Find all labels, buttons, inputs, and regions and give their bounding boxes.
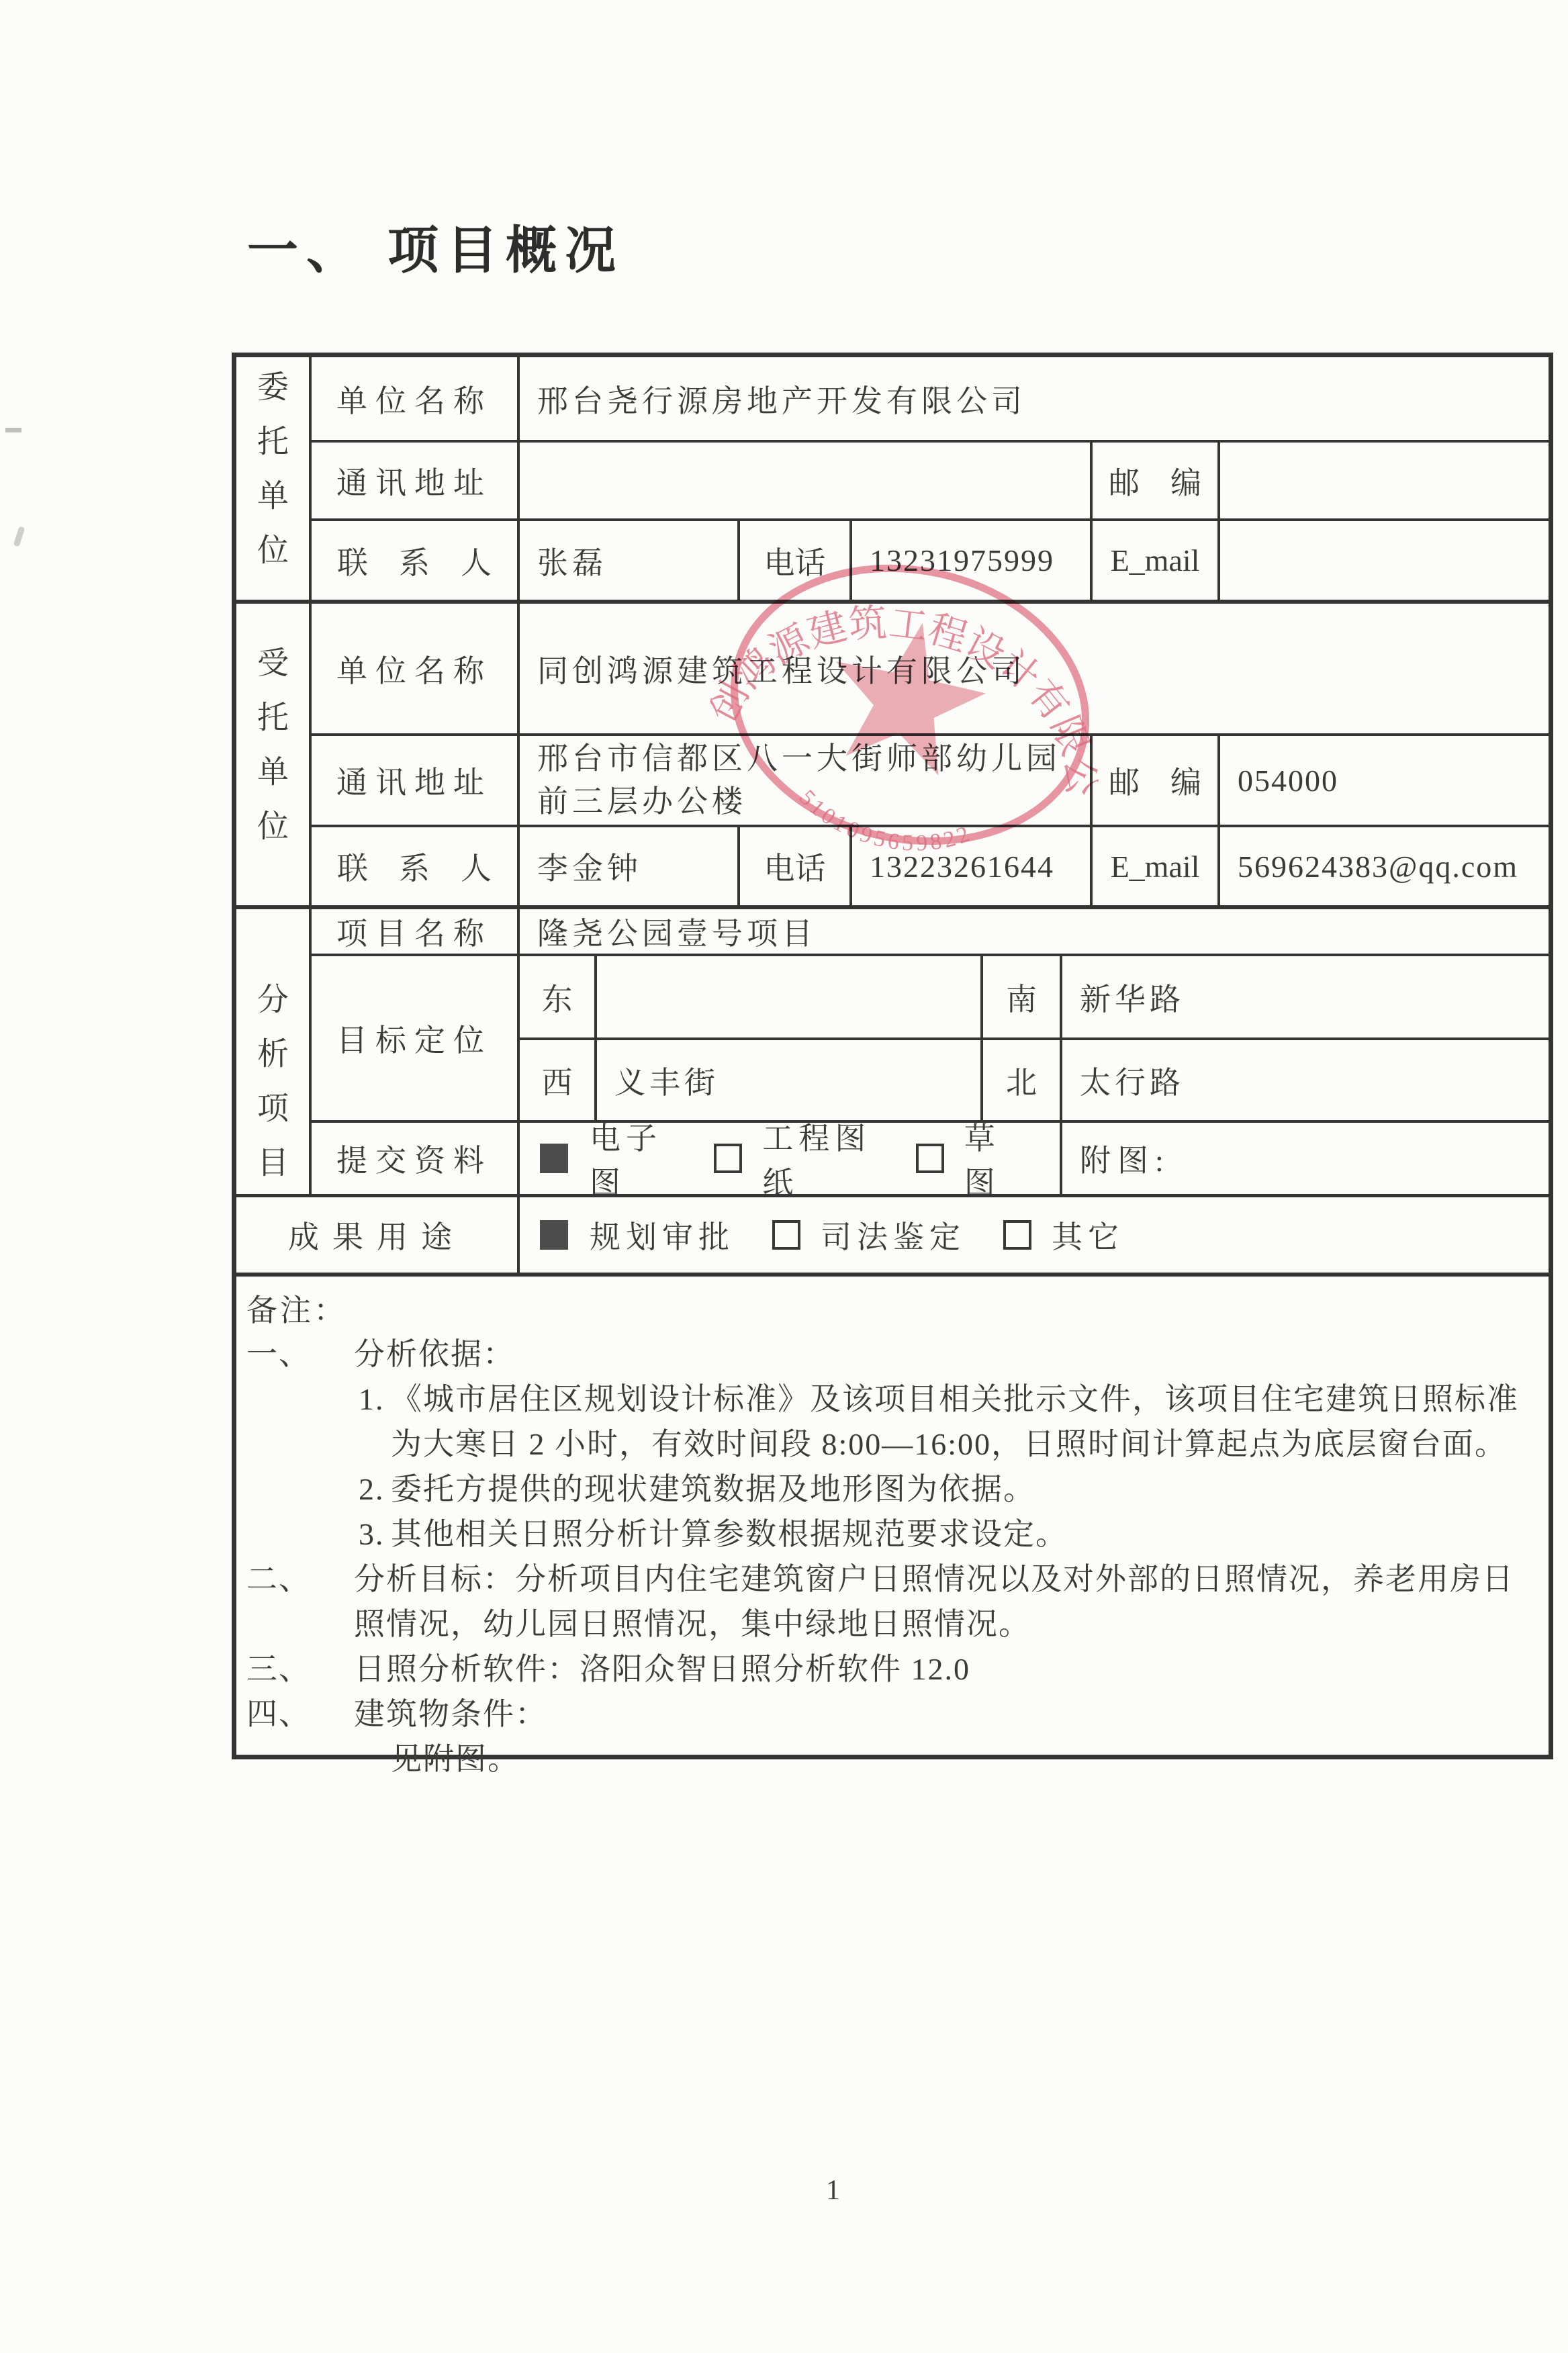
- field-label-submit: 提交资料: [312, 1123, 517, 1194]
- remark-number: 1.: [359, 1377, 391, 1467]
- remarks-header: 备注：: [246, 1290, 1541, 1332]
- analysis-project-name: 隆尧公园壹号项目: [520, 909, 1549, 954]
- checkbox-checked-icon: [540, 1144, 568, 1173]
- direction-label-south: 南: [983, 956, 1060, 1037]
- submit-option-label: 工程图纸: [762, 1114, 878, 1203]
- table-grid-line: [232, 353, 1553, 357]
- direction-label-west: 西: [520, 1040, 594, 1120]
- analysis-west-value: 义丰街: [597, 1040, 980, 1120]
- client-postcode: [1220, 443, 1549, 518]
- section-label-client: 委托单位: [232, 357, 309, 600]
- remark-text: 其他相关日照分析计算参数根据规范要求设定。: [391, 1512, 1541, 1557]
- field-label-unit-name: 单位名称: [312, 357, 517, 440]
- client-phone: 13231975999: [852, 521, 1090, 600]
- field-label-phone: 电话: [740, 827, 849, 905]
- attachment-label: 附图:: [1062, 1123, 1549, 1194]
- checkbox-empty-icon: [916, 1144, 944, 1173]
- remark-item: 三、 日照分析软件：洛阳众智日照分析软件 12.0: [246, 1647, 1541, 1692]
- client-address: [520, 443, 1090, 518]
- remark-item: 3. 其他相关日照分析计算参数根据规范要求设定。: [359, 1512, 1541, 1557]
- checkbox-checked-icon: [540, 1220, 568, 1250]
- field-label-project-name: 项目名称: [312, 909, 517, 954]
- analysis-east-value: [597, 956, 980, 1037]
- field-label-contact: 联 系 人: [312, 521, 517, 600]
- consultant-contact-name: 李金钟: [520, 827, 737, 905]
- usage-option-label: 规划审批: [590, 1213, 735, 1257]
- field-label-email: E_mail: [1093, 827, 1217, 905]
- remark-item: 二、 分析目标：分析项目内住宅建筑窗户日照情况以及对外部的日照情况，养老用房日照…: [246, 1557, 1541, 1647]
- remark-item: 1. 《城市居住区规划设计标准》及该项目相关批示文件，该项目住宅建筑日照标准为大…: [359, 1377, 1541, 1467]
- consultant-postcode: 054000: [1220, 736, 1549, 825]
- checkbox-empty-icon: [1003, 1220, 1031, 1250]
- remarks-cell: 备注： 一、 分析依据： 1. 《城市居住区规划设计标准》及该项目相关批示文件，…: [232, 1273, 1553, 1759]
- remark-text: 分析目标：分析项目内住宅建筑窗户日照情况以及对外部的日照情况，养老用房日照情况，…: [354, 1557, 1541, 1647]
- remark-item: 四、 建筑物条件：: [246, 1692, 1541, 1737]
- field-label-usage: 成果用途: [236, 1197, 517, 1273]
- remark-text: 委托方提供的现状建筑数据及地形图为依据。: [391, 1467, 1541, 1512]
- remark-item: 2. 委托方提供的现状建筑数据及地形图为依据。: [359, 1467, 1541, 1512]
- usage-option-label: 司法鉴定: [821, 1213, 966, 1257]
- remark-number: 二、: [246, 1557, 354, 1647]
- submit-option-label: 草图: [964, 1114, 1022, 1203]
- remark-text: 见附图。: [391, 1737, 1541, 1782]
- submit-options: 电子图 工程图纸 草图: [540, 1123, 1060, 1194]
- analysis-south-value: 新华路: [1062, 956, 1549, 1037]
- field-label-postcode: 邮 编: [1093, 736, 1217, 825]
- analysis-north-value: 太行路: [1062, 1040, 1549, 1120]
- remark-text: 《城市居住区规划设计标准》及该项目相关批示文件，该项目住宅建筑日照标准为大寒日 …: [391, 1377, 1541, 1467]
- page-title: 一、 项目概况: [247, 210, 624, 283]
- remark-number: 3.: [359, 1512, 391, 1557]
- direction-label-east: 东: [520, 956, 594, 1037]
- consultant-phone: 13223261644: [852, 827, 1090, 905]
- checkbox-empty-icon: [714, 1144, 742, 1173]
- remark-text: 日照分析软件：洛阳众智日照分析软件 12.0: [354, 1647, 1541, 1692]
- remark-text: 分析依据：: [354, 1332, 1541, 1377]
- remark-number: 一、: [246, 1332, 354, 1377]
- remark-number: 2.: [359, 1467, 391, 1512]
- field-label-positioning: 目标定位: [312, 956, 517, 1120]
- remark-text: 建筑物条件：: [354, 1692, 1541, 1737]
- remark-number: 三、: [246, 1647, 354, 1692]
- field-label-unit-name: 单位名称: [312, 604, 517, 733]
- project-overview-table: 委托单位 受托单位 分析项目 单位名称 邢台尧行源房地产开发有限公司 通讯地址 …: [232, 353, 1553, 1759]
- field-label-postcode: 邮 编: [1093, 443, 1217, 518]
- client-contact-name: 张磊: [520, 521, 737, 600]
- field-label-email: E_mail: [1093, 521, 1217, 600]
- remark-item: 一、 分析依据：: [246, 1332, 1541, 1377]
- remark-item: 见附图。: [391, 1737, 1541, 1782]
- client-unit-name: 邢台尧行源房地产开发有限公司: [520, 357, 1549, 440]
- direction-label-north: 北: [983, 1040, 1060, 1120]
- consultant-unit-name: 同创鸿源建筑工程设计有限公司: [520, 604, 1549, 733]
- field-label-address: 通讯地址: [312, 736, 517, 825]
- client-email: [1220, 521, 1549, 600]
- usage-options: 规划审批 司法鉴定 其它: [540, 1197, 1549, 1273]
- scan-artifact: [5, 428, 21, 432]
- scan-artifact: [13, 526, 26, 547]
- consultant-email: 569624383@qq.com: [1220, 827, 1549, 905]
- section-label-consultant: 受托单位: [232, 604, 309, 905]
- checkbox-empty-icon: [772, 1220, 800, 1250]
- scanned-document-page: 一、 项目概况 委托单位 受托单位 分析项目: [0, 0, 1568, 2353]
- submit-option-label: 电子图: [590, 1114, 676, 1203]
- page-number: 1: [826, 2174, 840, 2207]
- field-label-contact: 联 系 人: [312, 827, 517, 905]
- usage-option-label: 其它: [1052, 1213, 1124, 1257]
- field-label-phone: 电话: [740, 521, 849, 600]
- remark-number: 四、: [246, 1692, 354, 1737]
- field-label-address: 通讯地址: [312, 443, 517, 518]
- consultant-address: 邢台市信都区八一大街师部幼儿园 前三层办公楼: [520, 736, 1090, 825]
